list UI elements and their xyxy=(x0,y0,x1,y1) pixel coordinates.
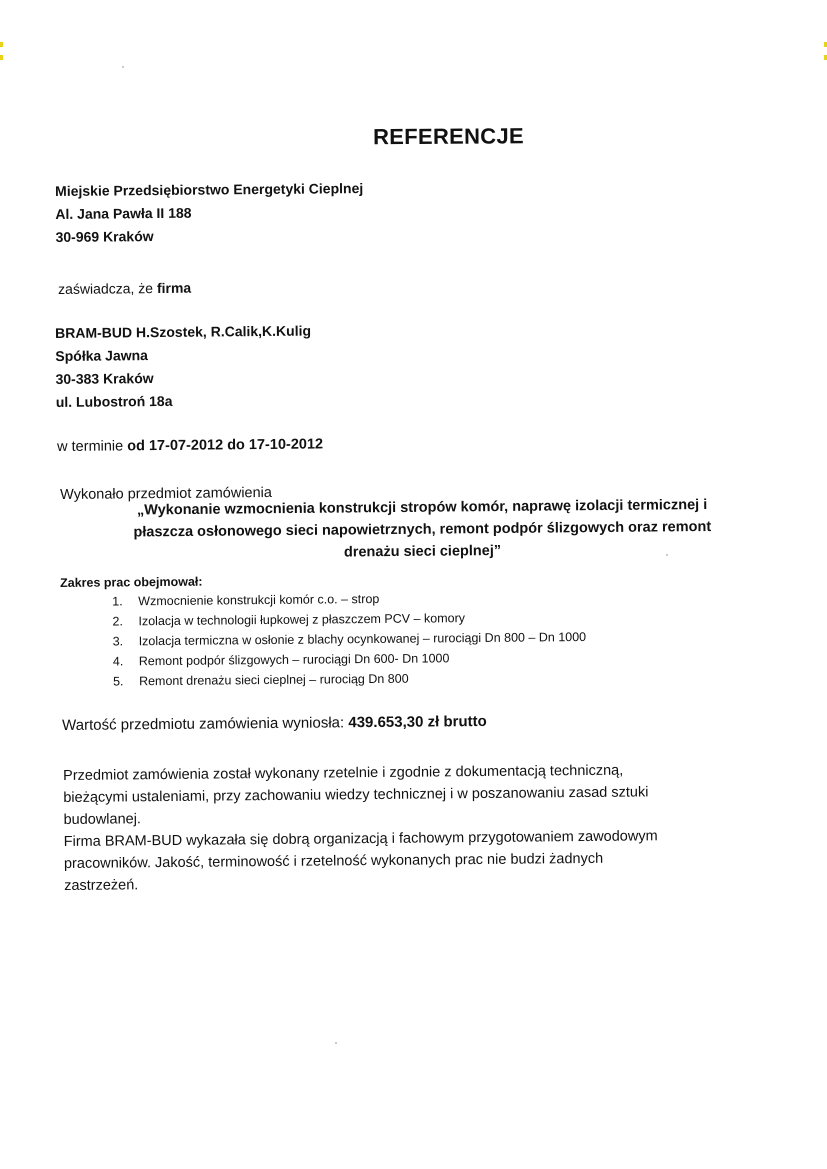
contractor-legal-form: Spółka Jawna xyxy=(55,343,311,368)
issuer-city: 30-969 Kraków xyxy=(55,223,363,249)
scope-list: 1.Wzmocnienie konstrukcji komór c.o. – s… xyxy=(60,587,586,692)
contractor-city: 30-383 Kraków xyxy=(55,366,311,391)
scan-speck xyxy=(122,66,124,68)
scope-item-number: 5. xyxy=(113,671,139,691)
scan-mark xyxy=(0,55,3,60)
scope-item-number: 2. xyxy=(112,611,138,631)
scan-speck xyxy=(335,1042,337,1044)
certifies-line: zaświadcza, że firma xyxy=(58,277,191,301)
document-page: REFERENCJE Miejskie Przedsiębiorstwo Ene… xyxy=(0,0,827,1169)
scope-item-text: Remont drenażu sieci cieplnej – rurociąg… xyxy=(139,669,409,692)
contractor-name: BRAM-BUD H.Szostek, R.Calik,K.Kulig xyxy=(55,320,311,345)
contract-value-line: Wartość przedmiotu zamówienia wyniosła: … xyxy=(62,710,487,737)
scope-item-number: 1. xyxy=(112,591,138,611)
contract-value-amount: 439.653,30 zł brutto xyxy=(348,713,487,731)
certifies-text: zaświadcza, że xyxy=(58,280,153,297)
document-title: REFERENCJE xyxy=(0,121,827,152)
term-range: od 17-07-2012 do 17-10-2012 xyxy=(127,436,323,454)
order-title: „Wykonanie wzmocnienia konstrukcji strop… xyxy=(82,493,763,566)
contract-value-label: Wartość przedmiotu zamówienia wyniosła: xyxy=(62,714,344,734)
contractor-street: ul. Lubostroń 18a xyxy=(56,389,312,414)
scope-item-text: Wzmocnienie konstrukcji komór c.o. – str… xyxy=(138,589,379,611)
scope-of-work: Zakres prac obejmował: 1.Wzmocnienie kon… xyxy=(60,569,587,692)
term-prefix: w terminie xyxy=(57,438,123,455)
scope-item-text: Izolacja termiczna w osłonie z blachy oc… xyxy=(139,627,587,651)
term-line: w terminie od 17-07-2012 do 17-10-2012 xyxy=(57,433,323,459)
certifies-firm-word: firma xyxy=(157,280,191,296)
scope-item-number: 3. xyxy=(113,631,139,651)
closing-statement: Przedmiot zamówienia został wykonany rze… xyxy=(63,758,784,897)
issuer-address: Miejskie Przedsiębiorstwo Energetyki Cie… xyxy=(55,177,364,249)
scope-item: 5.Remont drenażu sieci cieplnej – ruroci… xyxy=(113,667,587,692)
issuer-street: Al. Jana Pawła II 188 xyxy=(55,200,363,226)
scope-item-number: 4. xyxy=(113,651,139,671)
scan-mark xyxy=(0,42,3,47)
issuer-name: Miejskie Przedsiębiorstwo Energetyki Cie… xyxy=(55,177,363,203)
contractor-address: BRAM-BUD H.Szostek, R.Calik,K.Kulig Spół… xyxy=(55,320,312,414)
